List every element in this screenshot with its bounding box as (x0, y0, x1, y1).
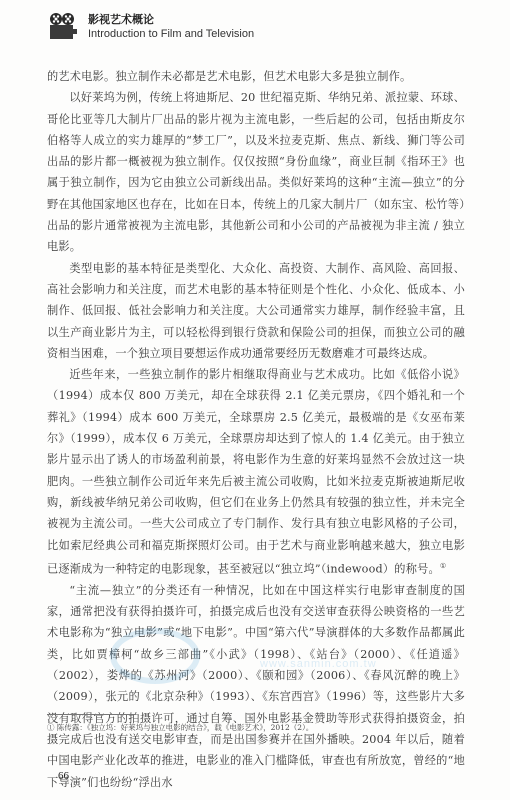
body-text: 的艺术电影。独立制作未必都是艺术电影，但艺术电影大多是独立制作。 以好莱坞为例，… (47, 66, 465, 793)
paragraph: 类型电影的基本特征是类型化、大众化、高投资、大制作、高风险、高回报、高社会影响力… (47, 258, 465, 364)
paragraph: 近些年来，一些独立制作的影片相继取得商业与艺术成功。比如《低俗小说》（1994）… (47, 364, 465, 580)
paragraph: 的艺术电影。独立制作未必都是艺术电影，但艺术电影大多是独立制作。 (47, 66, 465, 87)
footnote-reference[interactable]: ① (440, 562, 446, 570)
footnote-divider (47, 714, 135, 715)
running-header: 影视艺术概论 Introduction to Film and Televisi… (48, 10, 254, 42)
book-subtitle: Introduction to Film and Television (88, 27, 254, 41)
film-projector-icon (48, 12, 78, 42)
book-title: 影视艺术概论 (88, 13, 254, 27)
footnote: ① 陈传露：《独立坞：好莱坞与独立电影的结合》，载《电影艺术》，2012（2）。 (47, 722, 467, 733)
page-number: 66 (58, 770, 69, 782)
paragraph: “主流—独立”的分类还有一种情况，比如在中国这样实行电影审查制度的国家，通常把没… (47, 580, 465, 793)
paragraph: 以好莱坞为例，传统上将迪斯尼、20 世纪福克斯、华纳兄弟、派拉蒙、环球、哥伦比亚… (47, 87, 465, 257)
paragraph-text: 近些年来，一些独立制作的影片相继取得商业与艺术成功。比如《低俗小说》（1994）… (47, 368, 465, 575)
